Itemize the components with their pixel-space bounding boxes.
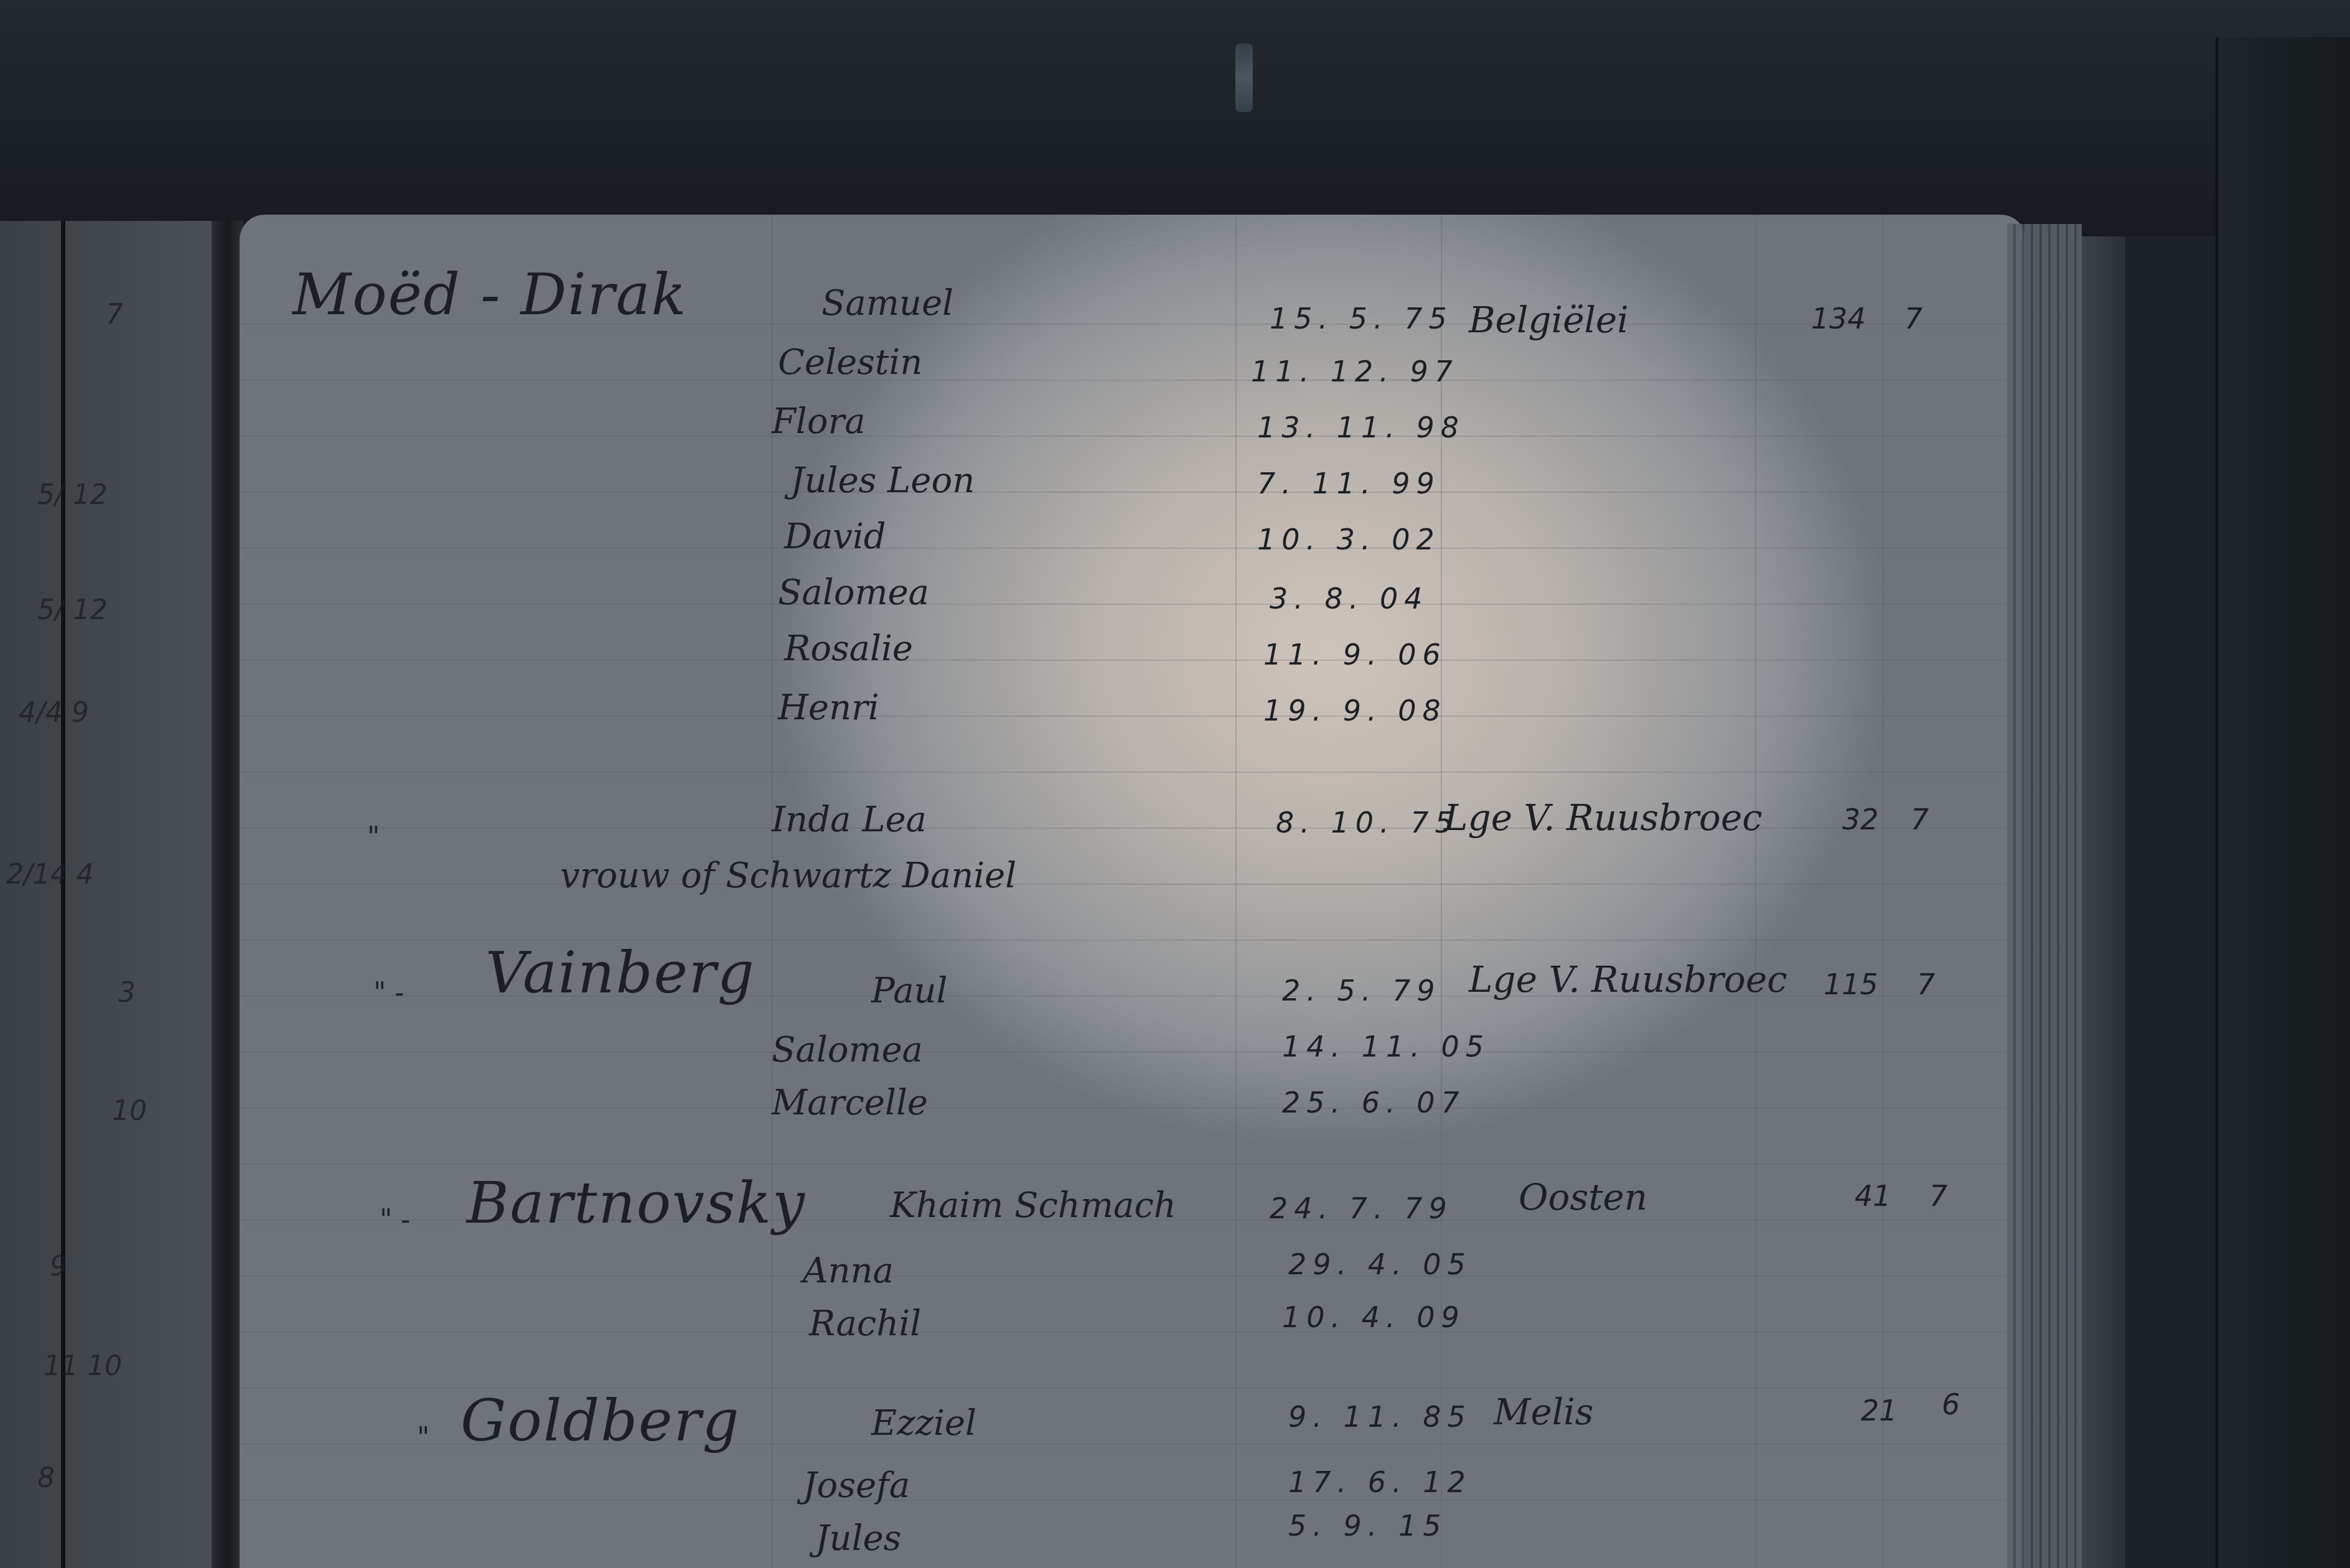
ditto-mark: " xyxy=(367,821,380,853)
birth-date: 10. 4. 09 xyxy=(1282,1300,1466,1334)
light-reflection xyxy=(1235,44,1253,112)
birth-date: 29. 4. 05 xyxy=(1288,1248,1472,1281)
birth-date: 14. 11. 05 xyxy=(1282,1030,1490,1063)
birth-date: 5. 9. 15 xyxy=(1288,1509,1448,1542)
margin-number: 5/ 12 xyxy=(37,594,108,626)
birth-date: 7. 11. 99 xyxy=(1257,467,1441,500)
house-number: 115 xyxy=(1823,968,1878,1001)
given-name: Anna xyxy=(803,1251,894,1291)
house-number: 134 xyxy=(1811,302,1866,335)
margin-number: 7 xyxy=(106,299,123,330)
given-name: Salomea xyxy=(778,572,929,613)
column-value: 7 xyxy=(1911,803,1929,836)
surname: Goldberg xyxy=(461,1388,740,1454)
given-name: Salomea xyxy=(772,1030,923,1070)
given-name: Inda Lea xyxy=(772,800,927,840)
surname: Moëd - Dirak xyxy=(293,261,687,328)
birth-date: 9. 11. 85 xyxy=(1288,1400,1472,1434)
relation-note: vrouw of Schwartz Daniel xyxy=(560,856,1016,896)
birth-date: 19. 9. 08 xyxy=(1263,694,1447,727)
given-name: Khaim Schmach xyxy=(890,1185,1176,1226)
birth-date: 25. 6. 07 xyxy=(1282,1086,1466,1119)
margin-number: 2/14 4 xyxy=(6,859,94,890)
margin-number: 3 xyxy=(118,977,136,1009)
house-number: 32 xyxy=(1842,803,1879,836)
birth-date: 10. 3. 02 xyxy=(1257,523,1441,556)
given-name: Marcelle xyxy=(772,1083,928,1123)
given-name: Jules Leon xyxy=(790,460,975,501)
birth-date: 11. 12. 97 xyxy=(1251,355,1459,388)
book-gutter xyxy=(212,221,243,1568)
given-name: Rachil xyxy=(809,1304,921,1344)
birth-date: 15. 5. 75 xyxy=(1270,302,1453,335)
margin-number: 10 xyxy=(112,1095,147,1127)
birth-date: 11. 9. 06 xyxy=(1263,638,1447,671)
display-case-frame xyxy=(0,0,2350,236)
ditto-mark: " - xyxy=(380,1204,410,1236)
given-name: Henri xyxy=(778,688,879,728)
column-value: 6 xyxy=(1942,1388,1960,1421)
address: Lge V. Ruusbroec xyxy=(1469,958,1787,1001)
given-name: Samuel xyxy=(822,283,953,324)
address: Oosten xyxy=(1519,1176,1647,1218)
birth-date: 2. 5. 79 xyxy=(1282,974,1441,1007)
given-name: Ezziel xyxy=(871,1403,976,1444)
given-name: Jules xyxy=(815,1518,901,1559)
margin-number: 8 xyxy=(37,1462,55,1494)
address: Melis xyxy=(1494,1391,1594,1433)
house-number: 41 xyxy=(1855,1179,1891,1213)
given-name: David xyxy=(784,516,886,557)
house-number: 21 xyxy=(1861,1394,1898,1427)
birth-date: 17. 6. 12 xyxy=(1288,1465,1472,1499)
margin-number: 11 10 xyxy=(44,1350,122,1382)
ledger-page xyxy=(240,215,2026,1568)
page-stack-edge xyxy=(2007,224,2082,1568)
given-name: Rosalie xyxy=(784,628,913,669)
book-cover-edge xyxy=(2082,236,2125,1568)
given-name: Paul xyxy=(871,971,948,1011)
margin-number: 5/ 12 xyxy=(37,479,108,511)
column-value: 7 xyxy=(1917,968,1935,1001)
ditto-mark: " - xyxy=(373,977,404,1009)
margin-number: 4/4 9 xyxy=(19,697,89,729)
display-case-frame-right xyxy=(2216,37,2350,1568)
birth-date: 3. 8. 04 xyxy=(1270,582,1429,615)
address: Lge V. Ruusbroec xyxy=(1444,796,1762,839)
birth-date: 13. 11. 98 xyxy=(1257,411,1465,444)
birth-date: 8. 10. 75 xyxy=(1276,806,1459,839)
address: Belgiëlei xyxy=(1469,299,1629,341)
column-value: 7 xyxy=(1929,1179,1947,1213)
ditto-mark: " xyxy=(417,1422,429,1454)
surname: Vainberg xyxy=(485,940,756,1006)
surname: Bartnovsky xyxy=(467,1170,806,1236)
given-name: Flora xyxy=(772,401,866,442)
column-value: 7 xyxy=(1904,302,1922,335)
given-name: Josefa xyxy=(803,1465,910,1506)
margin-number: 9 xyxy=(50,1251,67,1282)
given-name: Celestin xyxy=(778,342,922,383)
birth-date: 24. 7. 79 xyxy=(1270,1192,1453,1225)
